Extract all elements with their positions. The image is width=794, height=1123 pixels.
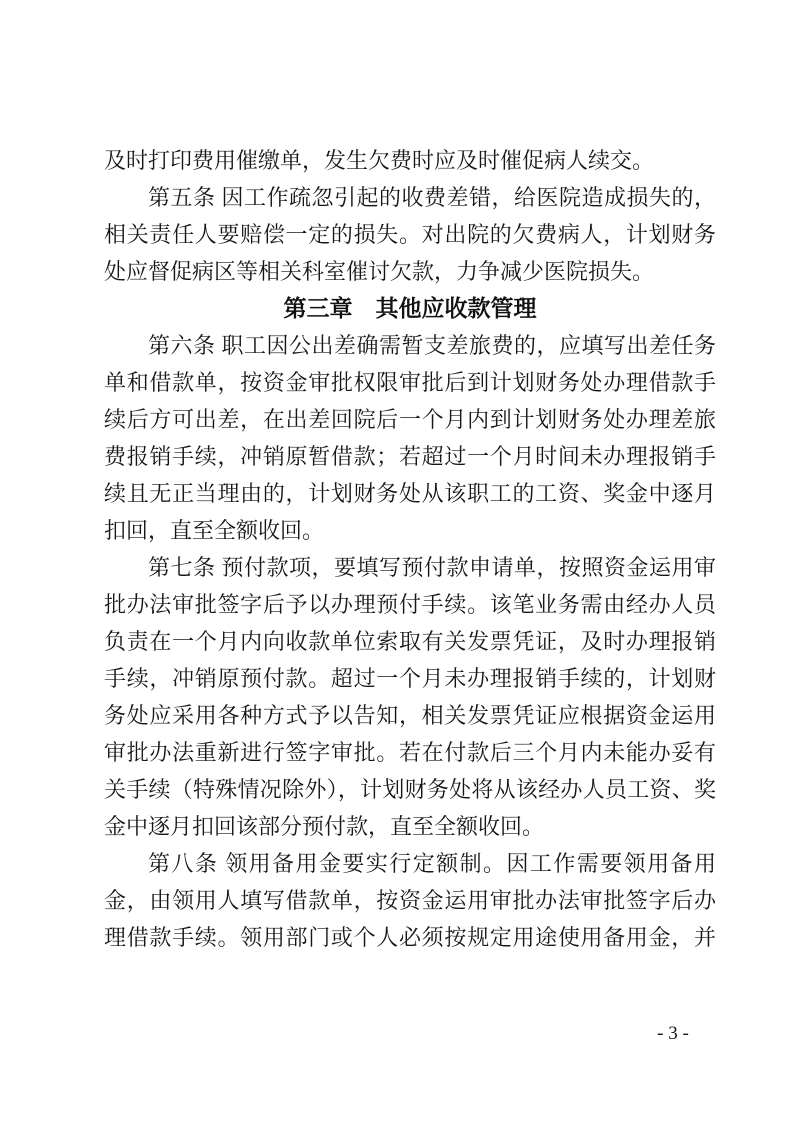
page-body-text: 及时打印费用催缴单，发生欠费时应及时催促病人续交。 第五条 因工作疏忽引起的收费… <box>104 142 716 956</box>
document-page: 及时打印费用催缴单，发生欠费时应及时催促病人续交。 第五条 因工作疏忽引起的收费… <box>0 0 794 1123</box>
paragraph-article-7: 第七条 预付款项，要填写预付款申请单，按照资金运用审批办法审批签字后予以办理预付… <box>104 549 716 845</box>
paragraph-continuation: 及时打印费用催缴单，发生欠费时应及时催促病人续交。 <box>104 142 716 179</box>
chapter-heading: 第三章 其他应收款管理 <box>104 290 716 327</box>
page-number: - 3 - <box>637 1022 709 1046</box>
paragraph-article-8: 第八条 领用备用金要实行定额制。因工作需要领用备用金，由领用人填写借款单，按资金… <box>104 845 716 956</box>
paragraph-article-6: 第六条 职工因公出差确需暂支差旅费的，应填写出差任务单和借款单，按资金审批权限审… <box>104 327 716 549</box>
paragraph-article-5: 第五条 因工作疏忽引起的收费差错，给医院造成损失的，相关责任人要赔偿一定的损失。… <box>104 179 716 290</box>
